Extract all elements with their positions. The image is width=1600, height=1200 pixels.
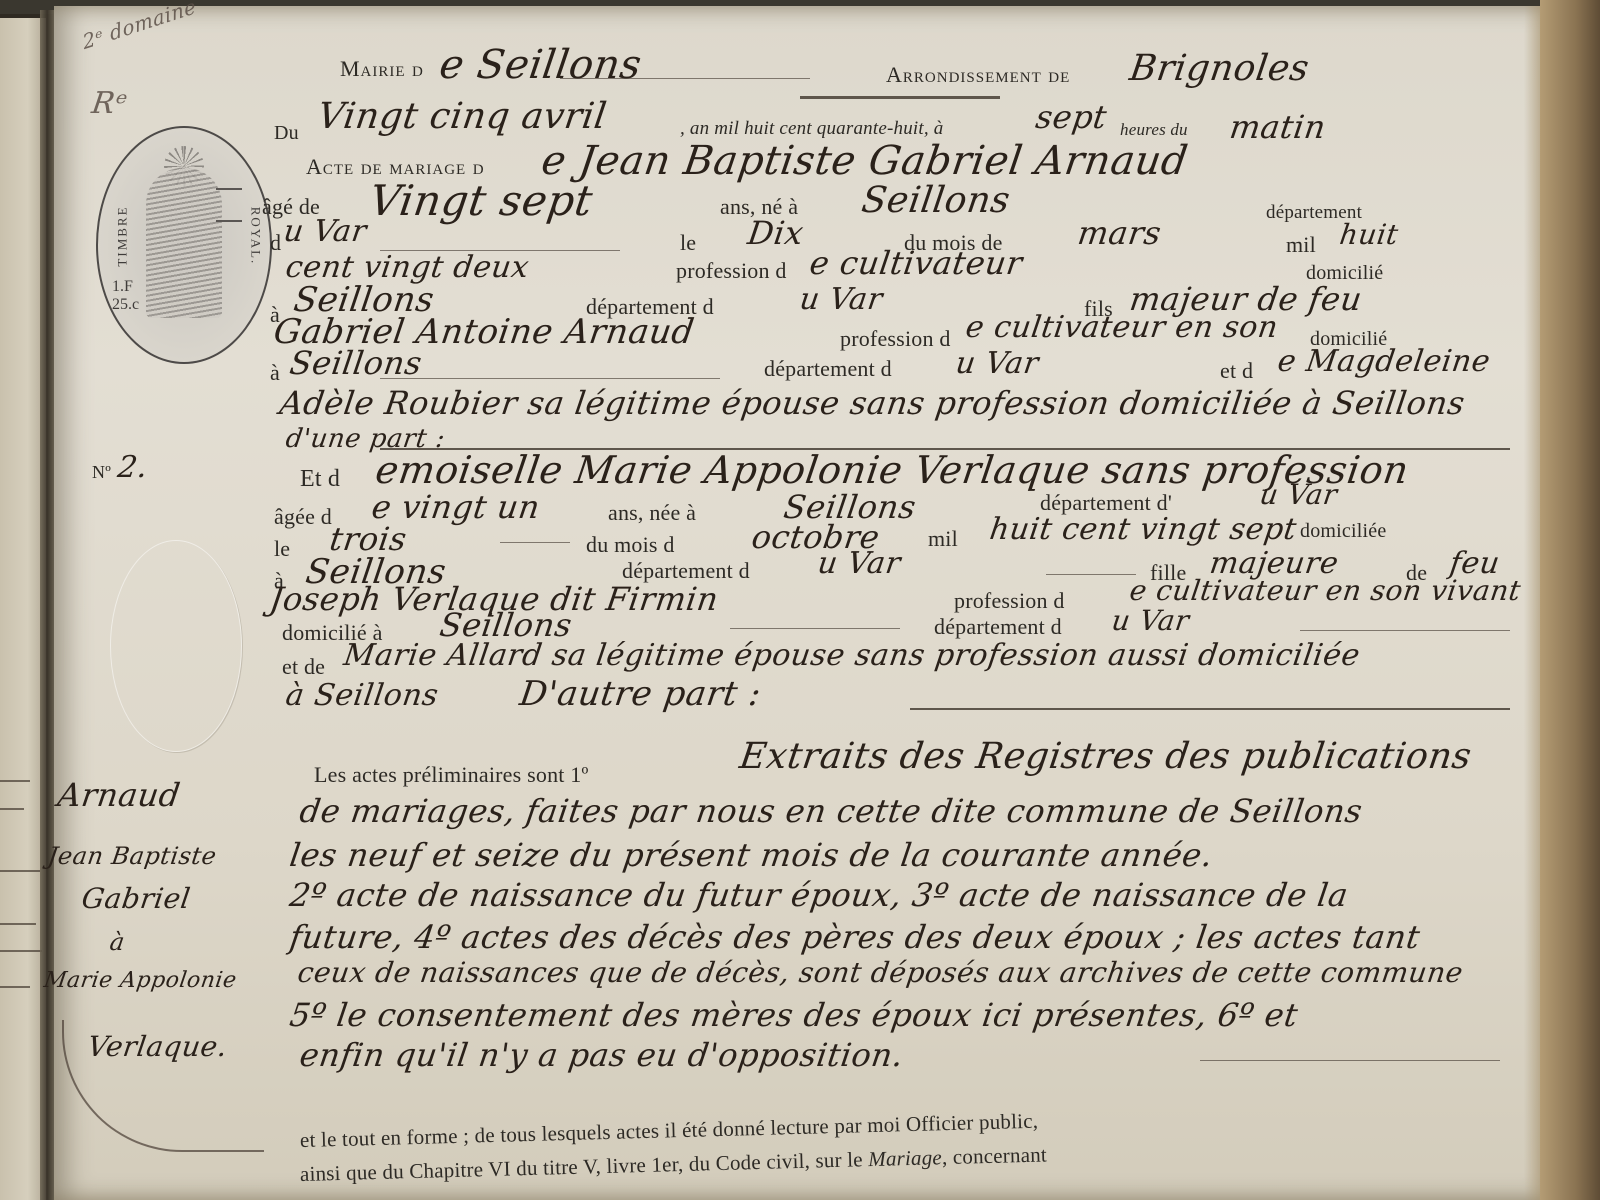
groom-profession-label: profession d <box>676 258 787 284</box>
bride-le-label: le <box>274 536 290 562</box>
header-divider <box>800 96 1000 99</box>
groom-birth-day-value: Dix <box>745 214 806 252</box>
bride-age-label: âgée d <box>274 504 332 530</box>
bride-father-profession-label: profession d <box>954 588 1065 614</box>
date-du-label: Du <box>274 122 299 145</box>
bride-ans-label: ans, née à <box>608 500 696 526</box>
groom-profession-value: e cultivateur <box>807 244 1025 282</box>
preliminary-line-1: Extraits des Registres des publications <box>737 736 1474 777</box>
groom-mil-label: mil <box>1286 232 1316 258</box>
groom-birth-year-1: huit <box>1338 218 1401 251</box>
date-hour-value: sept <box>1033 98 1109 136</box>
preliminary-line-6: ceux de naissances que de décès, sont dé… <box>296 956 1466 989</box>
entry-number-label: Nº <box>92 462 111 483</box>
bride-side-end: D'autre part : <box>517 674 763 714</box>
bride-mois-label: du mois d <box>586 532 675 558</box>
seated-justice-figure-icon <box>146 168 222 318</box>
preliminary-line-7: 5º le consentement des mères des époux i… <box>287 996 1300 1034</box>
preliminary-label: Les actes préliminaires sont 1º <box>314 762 589 788</box>
arrondissement-label: Arrondissement de <box>886 62 1070 88</box>
bride-mother-line: Marie Allard sa légitime épouse sans pro… <box>342 638 1363 673</box>
groom-father-et-label: et d <box>1220 358 1253 384</box>
page-stack-edge <box>1540 0 1600 1200</box>
bride-domiciliee-label: domiciliée <box>1300 520 1386 543</box>
bride-name-value: emoiselle Marie Appolonie Verlaque sans … <box>373 448 1412 492</box>
preliminary-line-4: 2º acte de naissance du futur époux, 3º … <box>287 876 1350 914</box>
margin-name-marie-appolonie: Marie Appolonie <box>42 968 238 993</box>
preliminary-line-5: future, 4º actes des décès des pères des… <box>287 918 1422 956</box>
date-hours-label: heures du <box>1120 120 1188 140</box>
groom-age-value: Vingt sept <box>367 176 596 225</box>
bride-mil-label: mil <box>928 526 958 552</box>
bride-mother-line2: à Seillons <box>284 678 441 713</box>
groom-le-label: le <box>680 230 696 256</box>
groom-dept-value: u Var <box>282 214 369 249</box>
groom-father-domicile-value: Seillons <box>287 344 424 382</box>
date-period-value: matin <box>1227 108 1328 146</box>
scales-icon <box>216 188 242 222</box>
bride-dept-value: u Var <box>1258 478 1340 511</box>
groom-name-value: e Jean Baptiste Gabriel Arnaud <box>539 138 1191 184</box>
margin-name-arnaud: Arnaud <box>55 776 183 814</box>
bride-father-dept-value: u Var <box>1110 604 1192 637</box>
groom-father-dept-label: département d <box>764 356 892 382</box>
margin-name-gabriel: Gabriel <box>80 882 193 915</box>
groom-mother-line: Adèle Roubier sa légitime épouse sans pr… <box>277 384 1467 422</box>
royal-stamp-seal: TIMBRE ROYAL. 1.F 25.c <box>96 126 272 364</box>
bride-dept2-value: u Var <box>816 546 903 581</box>
groom-birthplace-value: Seillons <box>859 180 1013 221</box>
bride-section-rule <box>910 708 1510 710</box>
groom-father-dept-value: u Var <box>954 346 1041 381</box>
date-day-value: Vingt cinq avril <box>315 96 609 137</box>
groom-father-profession-value: e cultivateur en son <box>964 310 1281 345</box>
bride-father-dept-label: département d <box>934 614 1062 640</box>
bride-mother-et-label: et de <box>282 654 325 680</box>
stamp-text-royal: ROYAL. <box>247 207 263 266</box>
groom-birth-month-value: mars <box>1075 214 1163 252</box>
bride-father-profession-value: e cultivateur en son vivant <box>1128 574 1523 607</box>
margin-note-initial: Rᵉ <box>90 86 130 121</box>
mairie-value: e Seillons <box>437 42 645 88</box>
groom-father-a-label: à <box>270 360 280 386</box>
embossed-seal <box>110 540 242 752</box>
entry-number-value: 2. <box>116 450 151 485</box>
preliminary-line-8: enfin qu'il n'y a pas eu d'opposition. <box>297 1036 906 1074</box>
groom-father-profession-label: profession d <box>840 326 951 352</box>
margin-name-jean-baptiste: Jean Baptiste <box>46 842 218 870</box>
date-year-printed: , an mil huit cent quarante-huit, à <box>680 118 943 140</box>
groom-dept-prefix: d <box>270 230 281 256</box>
groom-dept2-value: u Var <box>798 282 885 317</box>
stamp-value: 1.F 25.c <box>112 278 139 314</box>
preliminary-line-2: de mariages, faites par nous en cette di… <box>297 792 1365 830</box>
mairie-label: Mairie d <box>340 56 424 82</box>
bride-birth-year-value: huit cent vingt sept <box>988 512 1299 547</box>
bride-et-label: Et d <box>300 466 340 493</box>
preliminary-line-3: les neuf et seize du présent mois de la … <box>287 836 1215 874</box>
stamp-text-timbre: TIMBRE <box>115 205 131 266</box>
groom-mother-prefix: e Magdeleine <box>1276 344 1493 379</box>
arrondissement-value: Brignoles <box>1127 48 1312 89</box>
